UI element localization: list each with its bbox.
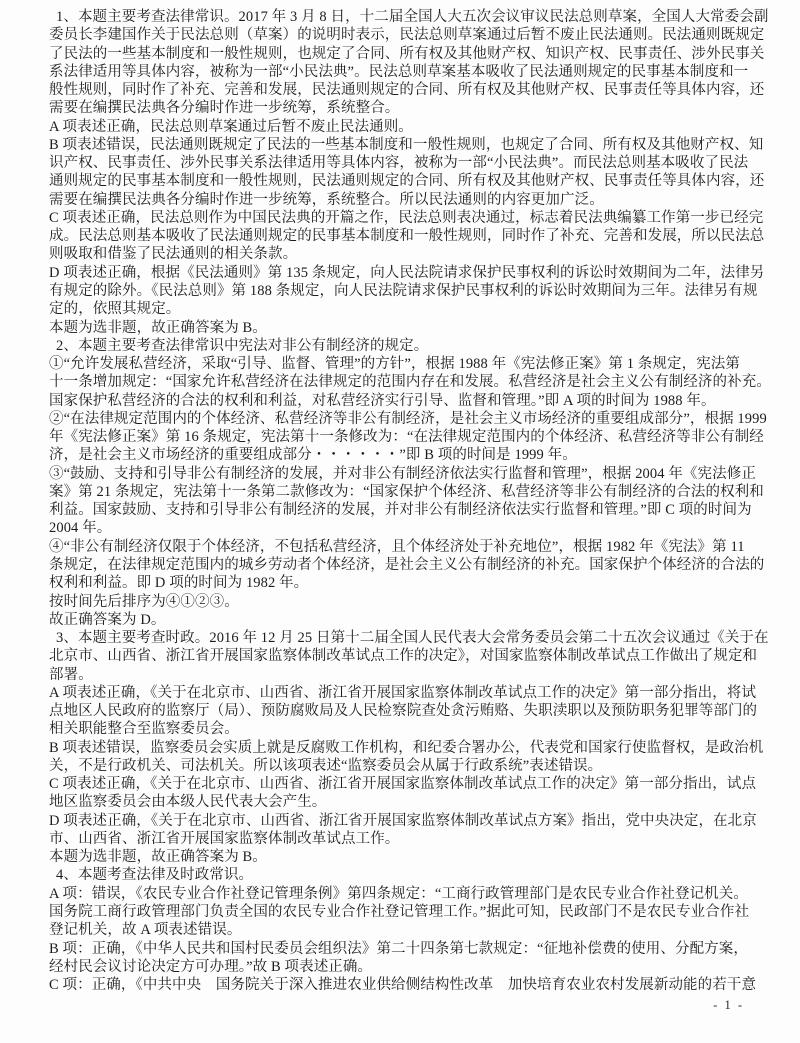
text-line: B 项表述错误，民法通则既规定了民法的一些基本制度和一般性规则，也规定了合同、所… [49, 136, 761, 154]
text-line: D 项表述正确，根据《民法通则》第 135 条规定，向人民法院请求保护民事权利的… [49, 264, 761, 282]
text-line: B 项表述错误，监察委员会实质上就是反腐败工作机构，和纪委合署办公，代表党和国家… [49, 739, 761, 757]
text-line: 利益。国家鼓励、支持和引导非公有制经济的发展，并对非公有制经济依法实行监督和管理… [49, 501, 761, 519]
text-line: 条规定，在法律规定范围内的城乡劳动者个体经济，是社会主义公有制经济的补充。国家保… [49, 556, 761, 574]
text-line: C 项：正确，《中共中央 国务院关于深入推进农业供给侧结构性改革 加快培育农业农… [49, 976, 761, 994]
text-line: ③“鼓励、支持和引导非公有制经济的发展，并对非公有制经济依法实行监督和管理”，根… [49, 465, 761, 483]
text-line: D 项表述正确，《关于在北京市、山西省、浙江省开展国家监察体制改革试点方案》指出… [49, 812, 761, 830]
text-line: 则吸取和借鉴了民法通则的相关条款。 [49, 245, 761, 263]
text-line: 登记机关，故 A 项表述错误。 [49, 921, 761, 939]
text-line: ②“在法律规定范围内的个体经济、私营经济等非公有制经济，是社会主义市场经济的重要… [49, 410, 761, 428]
text-line: 定的，依照其规定。 [49, 300, 761, 318]
text-line: 本题为选非题，故正确答案为 B。 [49, 848, 761, 866]
text-line: 地区监察委员会由本级人民代表大会产生。 [49, 793, 761, 811]
text-line: 委员长李建国作关于民法总则（草案）的说明时表示，民法总则草案通过后暂不废止民法通… [49, 26, 761, 44]
text-line: C 项表述正确，民法总则作为中国民法典的开篇之作，民法总则表决通过，标志着民法典… [49, 209, 761, 227]
page-number: - 1 - [713, 998, 744, 1013]
text-line: 国家保护私营经济的合法的权利和利益，对私营经济实行引导、监督和管理。”即 A 项… [49, 392, 761, 410]
text-line: C 项表述正确，《关于在北京市、山西省、浙江省开展国家监察体制改革试点工作的决定… [49, 775, 761, 793]
text-line: 按时间先后排序为④①②③。 [49, 593, 761, 611]
text-line: 2004 年。 [49, 519, 761, 537]
text-line: 济，是社会主义市场经济的重要组成部分・・・・・・”即 B 项的时间是 1999 … [49, 446, 761, 464]
text-line: 系法律适用等具体内容，被称为一部“小民法典”。民法总则草案基本吸收了民法通则规定… [49, 63, 761, 81]
text-line: 2、本题主要考查法律常识中宪法对非公有制经济的规定。 [49, 337, 761, 355]
text-line: 故正确答案为 D。 [49, 611, 761, 629]
text-line: 3、本题主要考查时政。2016 年 12 月 25 日第十二届全国人民代表大会常… [49, 629, 761, 647]
text-line: 十一条增加规定：“国家允许私营经济在法律规定的范围内存在和发展。私营经济是社会主… [49, 373, 761, 391]
text-line: 北京市、山西省、浙江省开展国家监察体制改革试点工作的决定》，对国家监察体制改革试… [49, 647, 761, 665]
text-line: 关，不是行政机关、司法机关。所以该项表述“监察委员会从属于行政系统”表述错误。 [49, 757, 761, 775]
text-line: 点地区人民政府的监察厅（局）、预防腐败局及人民检察院查处贪污贿赂、失职渎职以及预… [49, 702, 761, 720]
text-line: A 项：错误，《农民专业合作社登记管理条例》第四条规定：“工商行政管理部门是农民… [49, 885, 761, 903]
text-line: 识产权、民事责任、涉外民事关系法律适用等具体内容，被称为一部“小民法典”。而民法… [49, 154, 761, 172]
text-line: 通则规定的民事基本制度和一般性规则，民法通则规定的合同、所有权及其他财产权、民事… [49, 172, 761, 190]
text-line: 成。民法总则基本吸收了民法通则规定的民事基本制度和一般性规则，同时作了补充、完善… [49, 227, 761, 245]
document-body: 1、本题主要考查法律常识。2017 年 3 月 8 日，十二届全国人大五次会议审… [49, 8, 761, 994]
text-line: 市、山西省、浙江省开展国家监察体制改革试点工作。 [49, 830, 761, 848]
text-line: 部署。 [49, 666, 761, 684]
text-line: 有规定的除外。《民法总则》第 188 条规定，向人民法院请求保护民事权利的诉讼时… [49, 282, 761, 300]
text-line: 国务院工商行政管理部门负责全国的农民专业合作社登记管理工作。”据此可知，民政部门… [49, 903, 761, 921]
text-line: 需要在编撰民法典各分编时作进一步统筹，系统整合。 [49, 99, 761, 117]
text-line: 本题为选非题，故正确答案为 B。 [49, 319, 761, 337]
text-line: 了民法的一些基本制度和一般性规则，也规定了合同、所有权及其他财产权、知识产权、民… [49, 45, 761, 63]
text-line: 经村民会议讨论决定方可办理。”故 B 项表述正确。 [49, 958, 761, 976]
text-line: ④“非公有制经济仅限于个体经济，不包括私营经济，且个体经济处于补充地位”，根据 … [49, 538, 761, 556]
text-line: 1、本题主要考查法律常识。2017 年 3 月 8 日，十二届全国人大五次会议审… [49, 8, 761, 26]
text-line: 相关职能整合至监察委员会。 [49, 720, 761, 738]
text-line: ①“允许发展私营经济，采取“引导、监督、管理”的方针”，根据 1988 年《宪法… [49, 355, 761, 373]
text-line: A 项表述正确，《关于在北京市、山西省、浙江省开展国家监察体制改革试点工作的决定… [49, 684, 761, 702]
document-page: 1、本题主要考查法律常识。2017 年 3 月 8 日，十二届全国人大五次会议审… [0, 0, 800, 1043]
text-line: A 项表述正确，民法总则草案通过后暂不废止民法通则。 [49, 118, 761, 136]
text-line: 4、本题考查法律及时政常识。 [49, 866, 761, 884]
text-line: 般性规则，同时作了补充、完善和发展，民法通则规定的合同、所有权及其他财产权、民事… [49, 81, 761, 99]
text-line: 案》第 21 条规定，宪法第十一条第二款修改为：“国家保护个体经济、私营经济等非… [49, 483, 761, 501]
text-line: 需要在编撰民法典各分编时作进一步统筹，系统整合。所以民法通则的内容更加广泛。 [49, 191, 761, 209]
text-line: 权利和利益。即 D 项的时间为 1982 年。 [49, 574, 761, 592]
text-line: 年《宪法修正案》第 16 条规定，宪法第十一条修改为：“在法律规定范围内的个体经… [49, 428, 761, 446]
text-line: B 项：正确，《中华人民共和国村民委员会组织法》第二十四条第七款规定：“征地补偿… [49, 940, 761, 958]
